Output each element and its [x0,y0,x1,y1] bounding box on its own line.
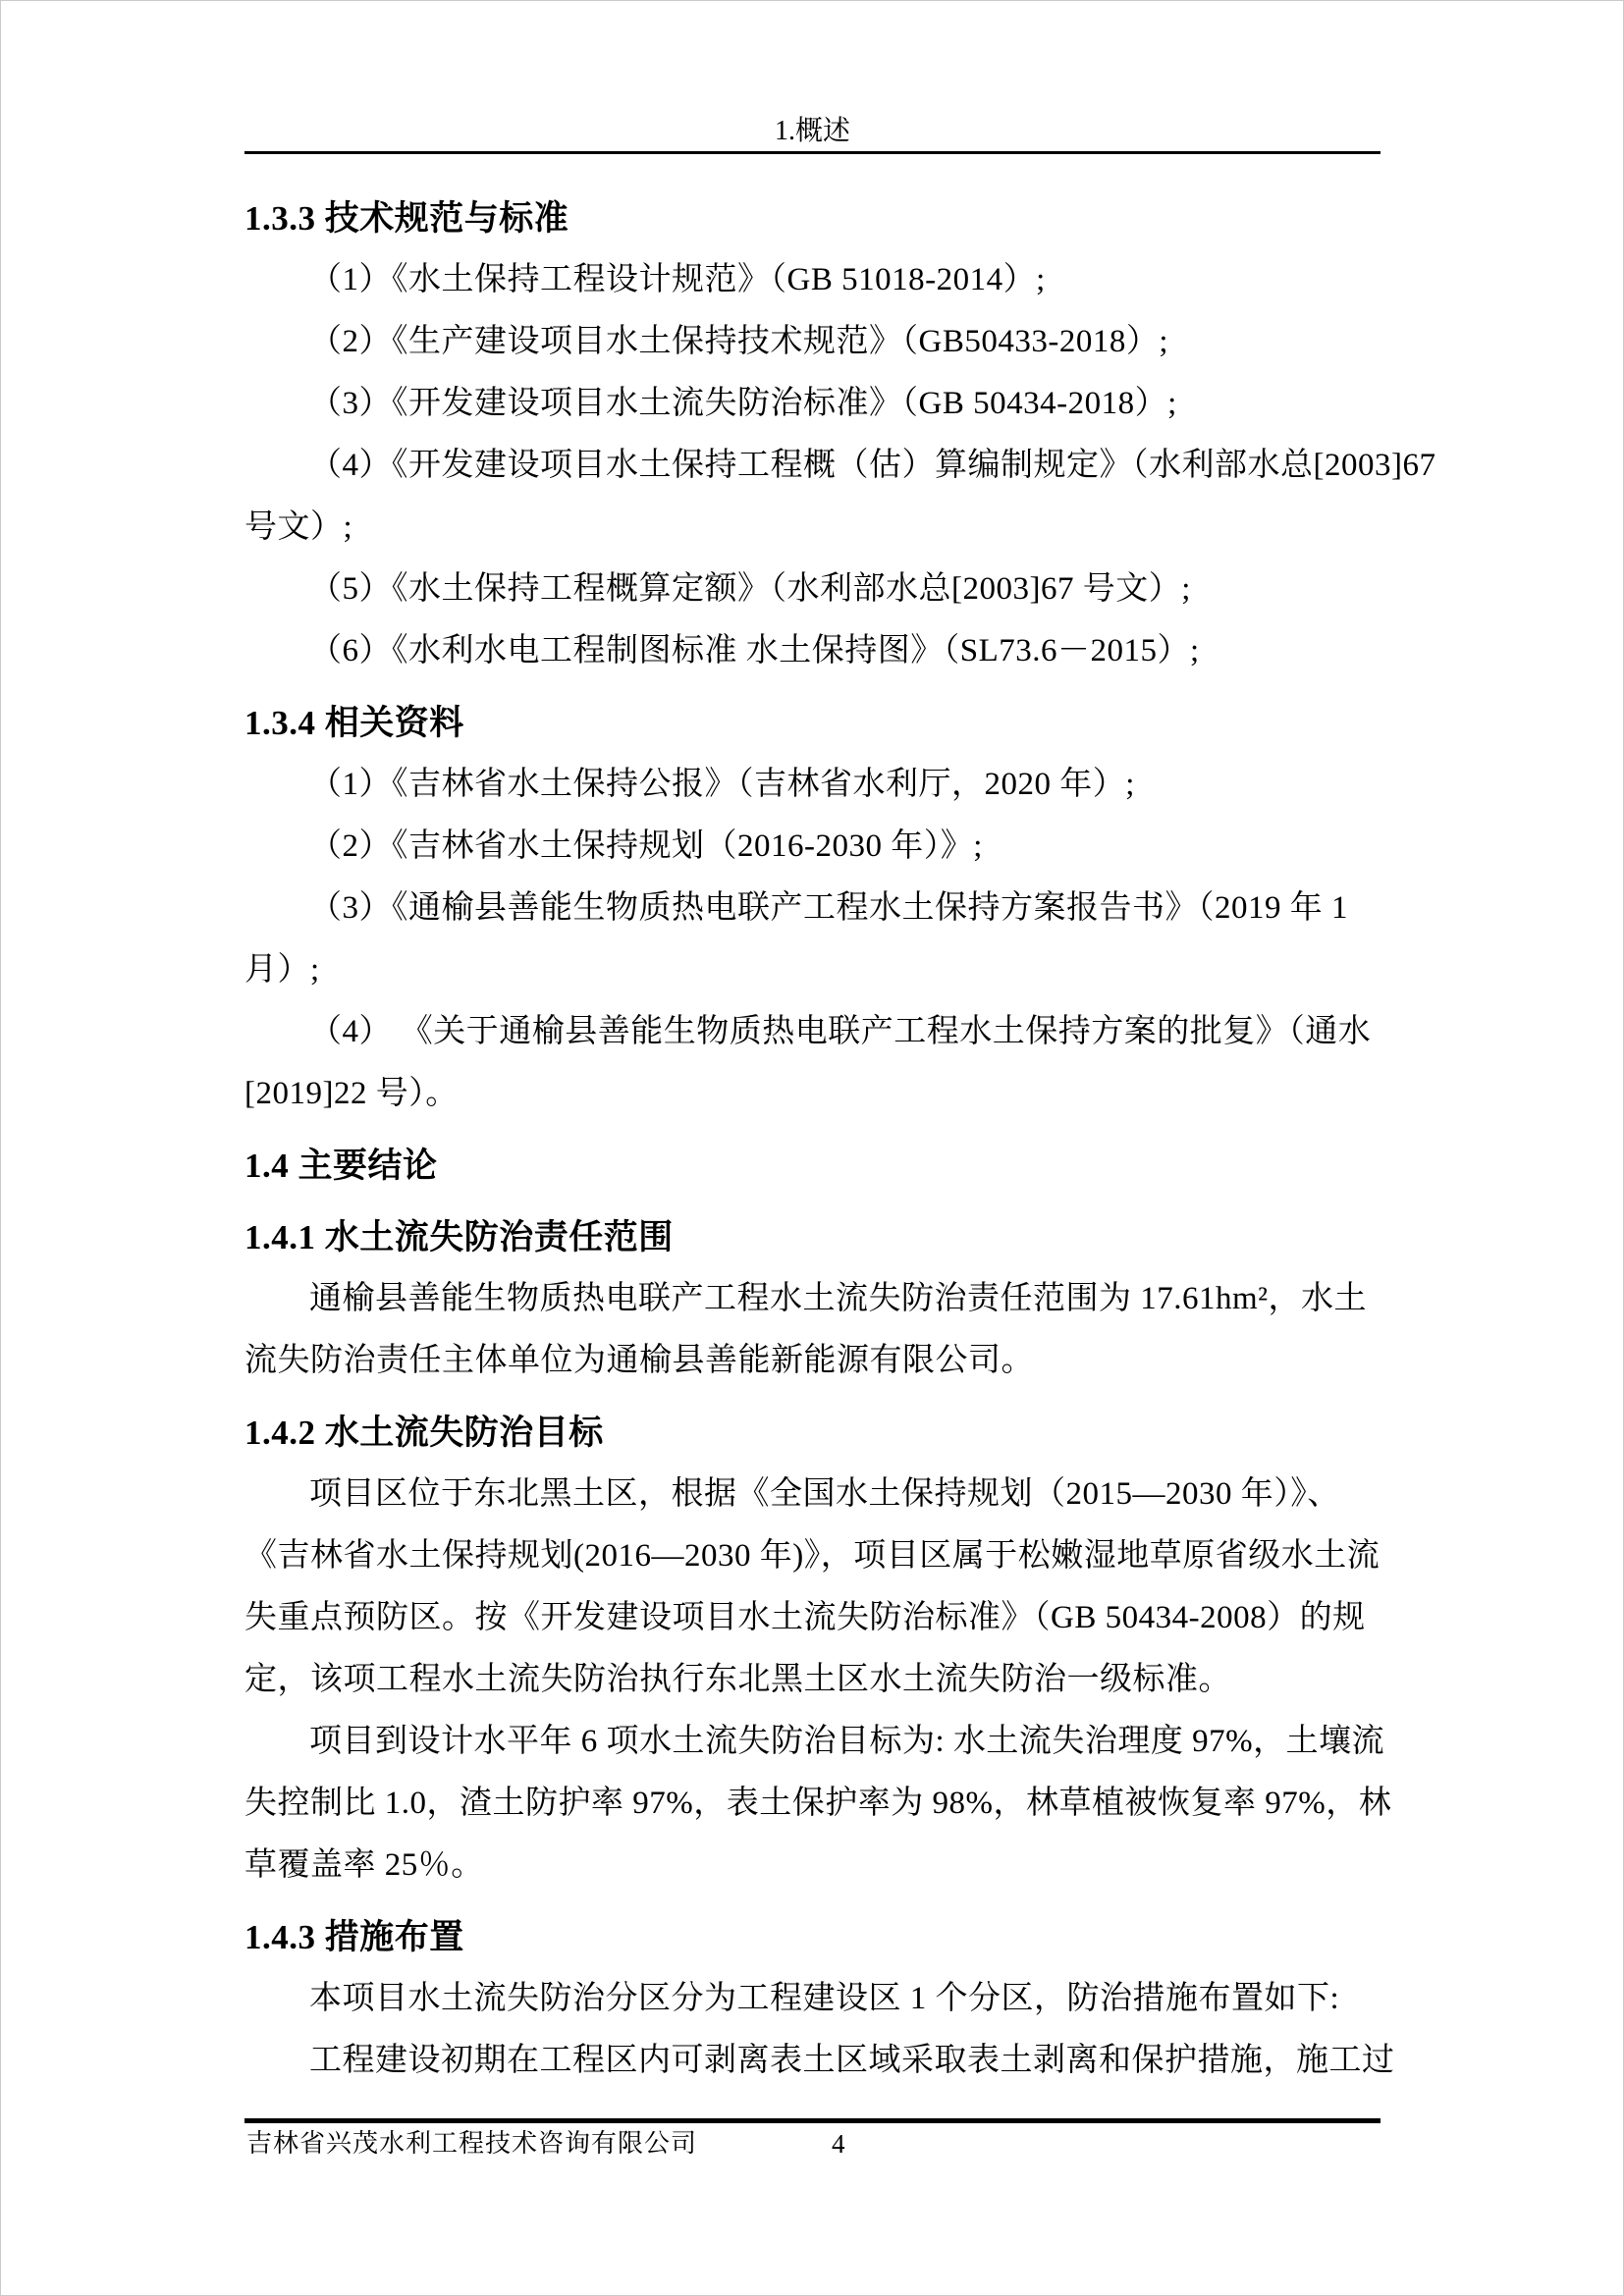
text-line: （1）《水土保持工程设计规范》（GB 51018-2014）; [244,249,1380,311]
section-heading-1-4-1: 1.4.1 水土流失防治责任范围 [244,1206,1380,1268]
text-line: （2）《生产建设项目水土保持技术规范》（GB50433-2018）; [244,311,1380,373]
text-line: 本项目水土流失防治分区分为工程建设区 1 个分区，防治措施布置如下: [244,1968,1380,2030]
footer-rule [244,2118,1380,2123]
section-heading-1-4: 1.4 主要结论 [244,1135,1380,1197]
text-line: 号文）; [244,497,1380,559]
text-line: （1）《吉林省水土保持公报》（吉林省水利厅，2020 年）; [244,754,1380,816]
text-line: 草覆盖率 25％。 [244,1835,1380,1896]
footer-company-name: 吉林省兴茂水利工程技术咨询有限公司 [246,2127,697,2161]
section-heading-1-4-3: 1.4.3 措施布置 [244,1906,1380,1968]
footer-page-number: 4 [832,2127,845,2161]
text-line: 项目到设计水平年 6 项水土流失防治目标为: 水土流失治理度 97%，土壤流 [244,1711,1380,1773]
text-line: 流失防治责任主体单位为通榆县善能新能源有限公司。 [244,1330,1380,1392]
section-heading-1-3-4: 1.3.4 相关资料 [244,692,1380,754]
text-line: 月）; [244,939,1380,1001]
text-line: 通榆县善能生物质热电联产工程水土流失防治责任范围为 17.61hm²，水土 [244,1268,1380,1330]
text-line: 工程建设初期在工程区内可剥离表土区域采取表土剥离和保护措施，施工过 [244,2030,1380,2092]
text-line: [2019]22 号）。 [244,1063,1380,1125]
text-line: （3）《通榆县善能生物质热电联产工程水土保持方案报告书》（2019 年 1 [244,878,1380,939]
text-line: 项目区位于东北黑土区，根据《全国水土保持规划（2015—2030 年）》、 [244,1464,1380,1525]
text-line: 失控制比 1.0，渣土防护率 97%，表土保护率为 98%，林草植被恢复率 97… [244,1773,1380,1835]
text-line: （3）《开发建设项目水土流失防治标准》（GB 50434-2018）; [244,373,1380,435]
section-heading-1-3-3: 1.3.3 技术规范与标准 [244,187,1380,249]
text-line: （4） 《关于通榆县善能生物质热电联产工程水土保持方案的批复》（通水 [244,1001,1380,1063]
text-line: （6）《水利水电工程制图标准 水土保持图》（SL73.6－2015）; [244,620,1380,682]
page-header-title: 1.概述 [244,109,1380,154]
text-line: （2）《吉林省水土保持规划（2016-2030 年）》; [244,816,1380,878]
text-line: 失重点预防区。按《开发建设项目水土流失防治标准》（GB 50434-2008）的… [244,1587,1380,1649]
text-line: 定，该项工程水土流失防治执行东北黑土区水土流失防治一级标准。 [244,1649,1380,1711]
text-line: （5）《水土保持工程概算定额》（水利部水总[2003]67 号文）; [244,559,1380,620]
text-line: （4）《开发建设项目水土保持工程概（估）算编制规定》（水利部水总[2003]67 [244,435,1380,497]
header-rule [244,151,1380,154]
text-line: 《吉林省水土保持规划(2016—2030 年)》，项目区属于松嫩湿地草原省级水土… [244,1525,1380,1587]
section-heading-1-4-2: 1.4.2 水土流失防治目标 [244,1402,1380,1464]
document-body: 1.3.3 技术规范与标准 （1）《水土保持工程设计规范》（GB 51018-2… [244,187,1380,2092]
document-page: 1.概述 1.3.3 技术规范与标准 （1）《水土保持工程设计规范》（GB 51… [0,0,1624,2296]
